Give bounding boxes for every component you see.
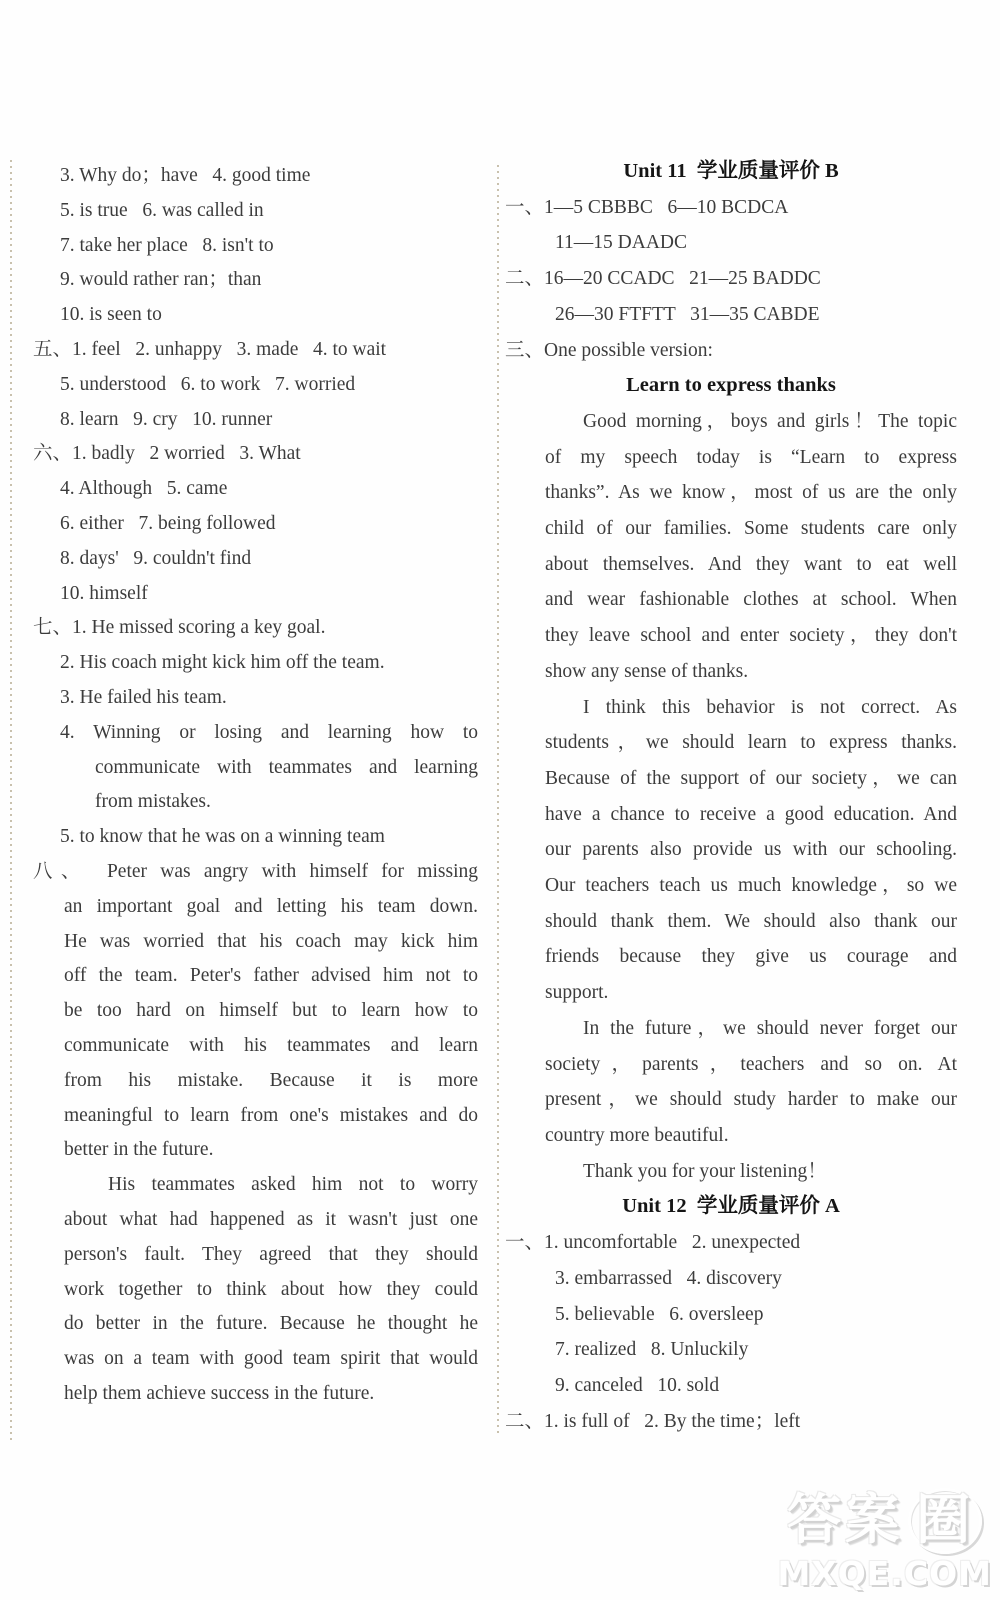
text-line: 4. Although 5. came xyxy=(33,472,478,507)
text-line: 七、1. He missed scoring a key goal. xyxy=(33,611,478,646)
text-line: students，we should learn to express than… xyxy=(505,725,957,761)
text-line: of my speech today is “Learn to express xyxy=(505,440,957,476)
text-line: 5. understood 6. to work 7. worried xyxy=(33,368,478,403)
text-line: 9. would rather ran；than xyxy=(33,263,478,298)
text-line: off the team. Peter's father advised him… xyxy=(33,959,478,994)
text-line: 5. to know that he was on a winning team xyxy=(33,820,478,855)
section-heading: Unit 11 学业质量评价 B xyxy=(505,154,957,190)
text-line: 一、1. uncomfortable 2. unexpected xyxy=(505,1225,957,1261)
text-line: was on a team with good team spirit that… xyxy=(33,1342,478,1377)
answers-right-column: Unit 11 学业质量评价 B一、1—5 CBBBC 6—10 BCDCA11… xyxy=(505,154,957,1439)
text-line: 二、16—20 CCADC 21—25 BADDC xyxy=(505,261,957,297)
text-line: an important goal and letting his team d… xyxy=(33,890,478,925)
watermark-brand-text: 答案 xyxy=(787,1488,903,1551)
watermark-logo: 答案圈 MXQE.COM xyxy=(777,1488,992,1592)
text-line: should thank them. We should also thank … xyxy=(505,904,957,940)
text-line: He was worried that his coach may kick h… xyxy=(33,925,478,960)
text-line: 5. believable 6. oversleep xyxy=(505,1297,957,1333)
text-line: 10. is seen to xyxy=(33,298,478,333)
watermark-site: MXQE.COM xyxy=(777,1556,992,1592)
text-line: have a chance to receive a good educatio… xyxy=(505,797,957,833)
text-line: Good morning，boys and girls！The topic xyxy=(505,404,957,440)
text-line: our parents also provide us with our sch… xyxy=(505,832,957,868)
text-line: 8. learn 9. cry 10. runner xyxy=(33,403,478,438)
dotted-column-divider xyxy=(497,165,499,1433)
text-line: 八、 Peter was angry with himself for miss… xyxy=(33,855,478,890)
text-line: child of our families. Some students car… xyxy=(505,511,957,547)
watermark-brand: 答案圈 xyxy=(777,1488,992,1554)
text-line: help them achieve success in the future. xyxy=(33,1377,478,1412)
text-line: communicate with teammates and learning xyxy=(33,751,478,786)
text-line: 5. is true 6. was called in xyxy=(33,194,478,229)
text-line: 7. take her place 8. isn't to xyxy=(33,229,478,264)
text-line: 26—30 FTFTT 31—35 CABDE xyxy=(505,297,957,333)
text-line: from his mistake. Because it is more xyxy=(33,1064,478,1099)
text-line: do better in the future. Because he thou… xyxy=(33,1307,478,1342)
text-line: Because of the support of our society，we… xyxy=(505,761,957,797)
text-line: better in the future. xyxy=(33,1133,478,1168)
text-line: 三、One possible version: xyxy=(505,333,957,369)
text-line: In the future，we should never forget our xyxy=(505,1011,957,1047)
section-heading: Learn to express thanks xyxy=(505,368,957,404)
text-line: 3. Why do；have 4. good time xyxy=(33,159,478,194)
text-line: be too hard on himself but to learn how … xyxy=(33,994,478,1029)
text-line: person's fault. They agreed that they sh… xyxy=(33,1238,478,1273)
text-line: about what had happened as it wasn't jus… xyxy=(33,1203,478,1238)
text-line: present，we should study harder to make o… xyxy=(505,1082,957,1118)
text-line: 二、1. is full of 2. By the time；left xyxy=(505,1404,957,1440)
text-line: friends because they give us courage and xyxy=(505,939,957,975)
text-line: 11—15 DAADC xyxy=(505,225,957,261)
text-line: 10. himself xyxy=(33,577,478,612)
text-line: support. xyxy=(505,975,957,1011)
text-line: meaningful to learn from one's mistakes … xyxy=(33,1099,478,1134)
text-line: and wear fashionable clothes at school. … xyxy=(505,582,957,618)
dotted-margin-line-left xyxy=(10,160,12,1440)
watermark-brand-circle-icon: 圈 xyxy=(908,1488,982,1554)
text-line: 3. He failed his team. xyxy=(33,681,478,716)
text-line: 7. realized 8. Unluckily xyxy=(505,1332,957,1368)
text-line: they leave school and enter society，they… xyxy=(505,618,957,654)
text-line: His teammates asked him not to worry xyxy=(33,1168,478,1203)
text-line: work together to think about how they co… xyxy=(33,1273,478,1308)
text-line: 3. embarrassed 4. discovery xyxy=(505,1261,957,1297)
text-line: society，parents，teachers and so on. At xyxy=(505,1047,957,1083)
text-line: 六、1. badly 2 worried 3. What xyxy=(33,437,478,472)
text-line: about themselves. And they want to eat w… xyxy=(505,547,957,583)
text-line: Thank you for your listening！ xyxy=(505,1154,957,1190)
text-line: thanks”. As we know，most of us are the o… xyxy=(505,475,957,511)
text-line: 五、1. feel 2. unhappy 3. made 4. to wait xyxy=(33,333,478,368)
text-line: show any sense of thanks. xyxy=(505,654,957,690)
text-line: communicate with his teammates and learn xyxy=(33,1029,478,1064)
text-line: 4. Winning or losing and learning how to xyxy=(33,716,478,751)
text-line: 8. days' 9. couldn't find xyxy=(33,542,478,577)
text-line: Our teachers teach us much knowledge，so … xyxy=(505,868,957,904)
text-line: 6. either 7. being followed xyxy=(33,507,478,542)
text-line: 9. canceled 10. sold xyxy=(505,1368,957,1404)
text-line: I think this behavior is not correct. As xyxy=(505,690,957,726)
answers-left-column: 3. Why do；have 4. good time5. is true 6.… xyxy=(33,159,478,1412)
section-heading: Unit 12 学业质量评价 A xyxy=(505,1189,957,1225)
text-line: 2. His coach might kick him off the team… xyxy=(33,646,478,681)
text-line: from mistakes. xyxy=(33,785,478,820)
text-line: 一、1—5 CBBBC 6—10 BCDCA xyxy=(505,190,957,226)
text-line: country more beautiful. xyxy=(505,1118,957,1154)
